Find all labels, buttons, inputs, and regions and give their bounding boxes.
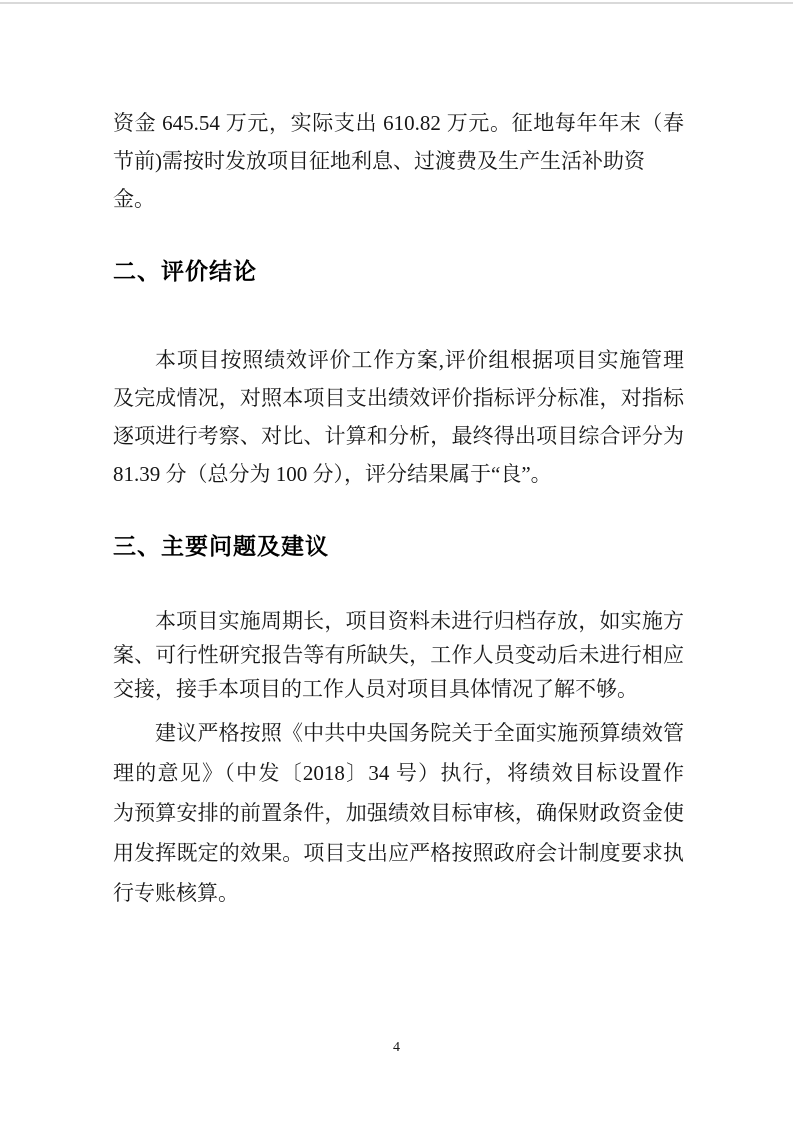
body-paragraph-funding: 资金 645.54 万元，实际支出 610.82 万元。征地每年年末（春 节前)… — [113, 104, 684, 218]
text-line: 资金 645.54 万元，实际支出 610.82 万元。征地每年年末（春 — [113, 104, 684, 142]
text-line: 案、可行性研究报告等有所缺失，工作人员变动后未进行相应 — [113, 638, 684, 672]
text-line: 及完成情况，对照本项目支出绩效评价指标评分标准，对指标 — [113, 379, 684, 417]
body-paragraph-problems: 本项目实施周期长，项目资料未进行归档存放，如实施方 案、可行性研究报告等有所缺失… — [113, 604, 684, 706]
text-line: 理的意见》（中发〔2018〕34 号）执行，将绩效目标设置作 — [113, 753, 684, 793]
text-line: 交接，接手本项目的工作人员对项目具体情况了解不够。 — [113, 672, 684, 706]
section-heading-evaluation-conclusion: 二、评价结论 — [113, 256, 684, 286]
page-number: 4 — [0, 1038, 793, 1058]
body-paragraph-suggestions: 建议严格按照《中共中央国务院关于全面实施预算绩效管 理的意见》（中发〔2018〕… — [113, 713, 684, 913]
text-line: 行专账核算。 — [113, 873, 684, 913]
text-line: 本项目实施周期长，项目资料未进行归档存放，如实施方 — [113, 604, 684, 638]
section-heading-problems-suggestions: 三、主要问题及建议 — [113, 531, 684, 561]
text-line: 建议严格按照《中共中央国务院关于全面实施预算绩效管 — [113, 713, 684, 753]
page-content: 资金 645.54 万元，实际支出 610.82 万元。征地每年年末（春 节前)… — [0, 0, 793, 913]
text-line: 本项目按照绩效评价工作方案,评价组根据项目实施管理 — [113, 341, 684, 379]
text-line: 节前)需按时发放项目征地利息、过渡费及生产生活补助资金。 — [113, 142, 684, 218]
text-line: 为预算安排的前置条件，加强绩效目标审核，确保财政资金使 — [113, 793, 684, 833]
document-page: 资金 645.54 万元，实际支出 610.82 万元。征地每年年末（春 节前)… — [0, 0, 793, 1122]
scan-edge-artifact — [0, 2, 793, 4]
body-paragraph-conclusion: 本项目按照绩效评价工作方案,评价组根据项目实施管理 及完成情况，对照本项目支出绩… — [113, 341, 684, 493]
text-line: 81.39 分（总分为 100 分），评分结果属于“良”。 — [113, 455, 684, 493]
text-line: 用发挥既定的效果。项目支出应严格按照政府会计制度要求执 — [113, 833, 684, 873]
text-line: 逐项进行考察、对比、计算和分析，最终得出项目综合评分为 — [113, 417, 684, 455]
